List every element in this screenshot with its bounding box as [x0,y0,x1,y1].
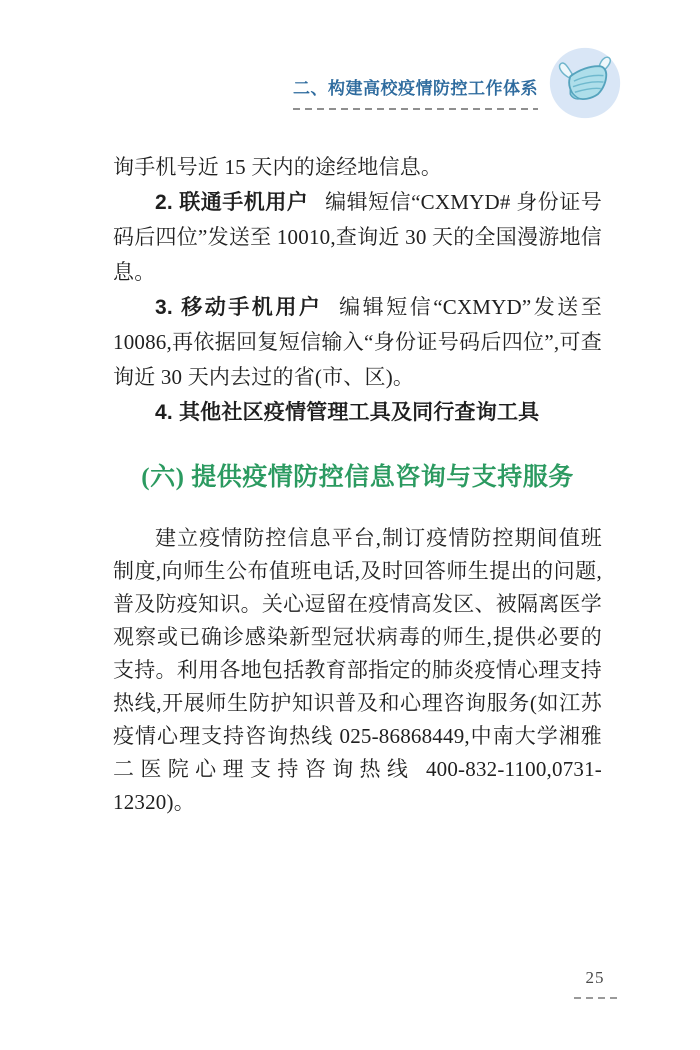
body-text-continuation: 询手机号近 15 天内的途经地信息。 [113,150,602,185]
section-heading: (六) 提供疫情防控信息咨询与支持服务 [113,456,602,500]
page-header: 二、构建高校疫情防控工作体系 [293,46,622,120]
page-footer: 25 [567,968,623,999]
book-page: 二、构建高校疫情防控工作体系 询手机号近 15 天内的途经地信息。 [0,0,700,1050]
section-paragraph: 建立疫情防控信息平台,制订疫情防控期间值班制度,向师生公布值班电话,及时回答师生… [113,522,602,819]
header-text-wrap: 二、构建高校疫情防控工作体系 [293,56,538,110]
footer-dashed-line [574,997,617,999]
list-item-mobile: 3. 移动手机用户编辑短信“CXMYD”发送至 10086,再依据回复短信输入“… [113,290,602,395]
page-content: 询手机号近 15 天内的途经地信息。 2. 联通手机用户编辑短信“CXMYD# … [113,150,602,819]
list-item-other-tools: 4. 其他社区疫情管理工具及同行查询工具 [113,395,602,430]
list-item-unicom-label: 2. 联通手机用户 [155,191,308,214]
list-item-other-tools-label: 4. 其他社区疫情管理工具及同行查询工具 [155,401,539,424]
header-dashed-line [293,108,538,110]
list-item-mobile-label: 3. 移动手机用户 [155,296,322,319]
face-mask-icon [548,46,622,120]
chapter-header-title: 二、构建高校疫情防控工作体系 [293,74,538,99]
page-number: 25 [567,968,623,988]
list-item-unicom: 2. 联通手机用户编辑短信“CXMYD# 身份证号码后四位”发送至 10010,… [113,185,602,290]
